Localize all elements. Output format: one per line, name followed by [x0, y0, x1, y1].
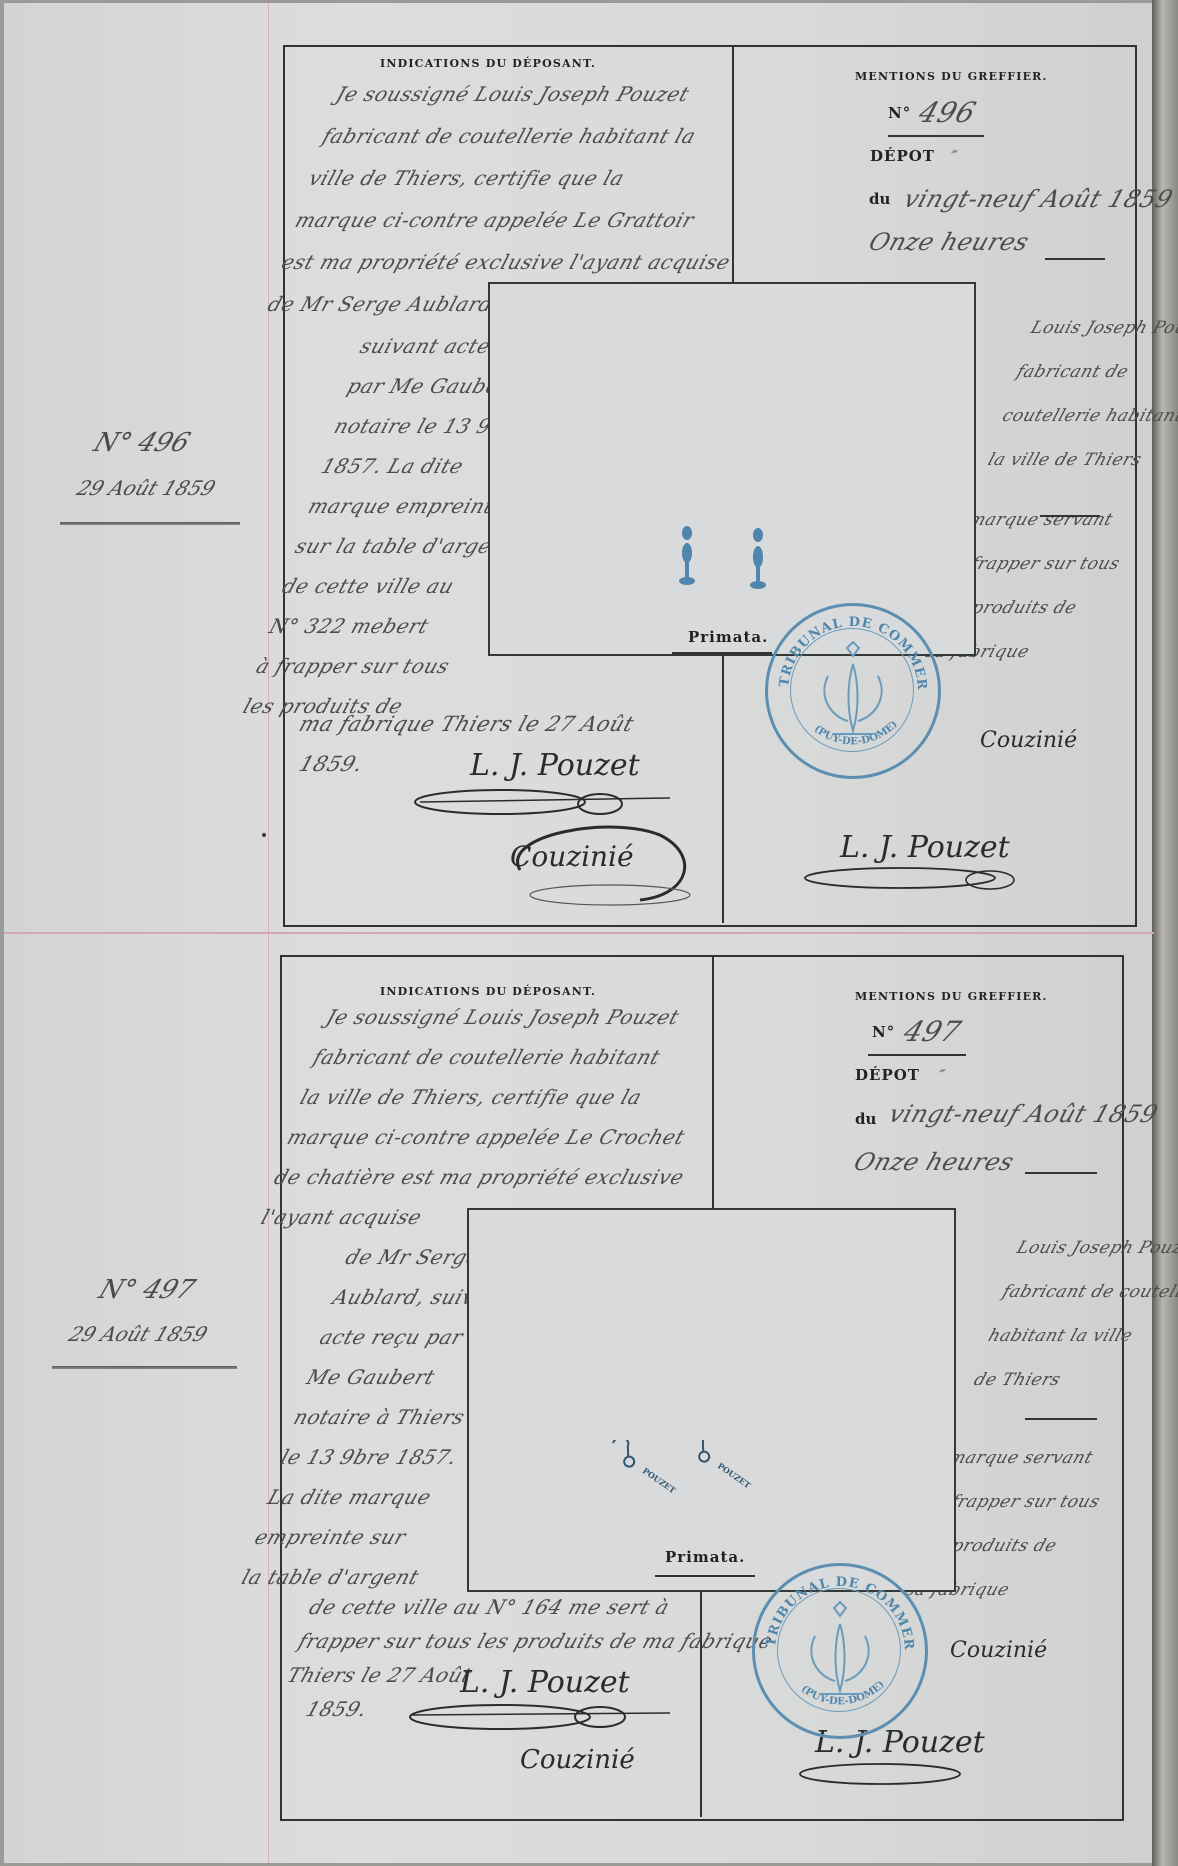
greffier-signature-flourish [790, 860, 1050, 900]
hook-mark-icon: POUZET POUZET [610, 1440, 760, 1510]
numero-label: N° [888, 104, 911, 122]
depot-date: vingt-neuf Août 1859 [885, 1100, 1161, 1128]
candlestick-mark-icon [675, 525, 775, 595]
clerk-signature: Couzinié [520, 1745, 635, 1775]
margin-entry-date: 29 Août 1859 [74, 476, 219, 500]
signature-flourish [400, 1695, 680, 1745]
margin-entry-number: N° 496 [90, 428, 195, 458]
margin-entry-number: N° 497 [95, 1275, 200, 1305]
notes-rule [1040, 515, 1100, 517]
deposant-heading: INDICATIONS DU DÉPOSANT. [380, 985, 596, 998]
greffier-heading: MENTIONS DU GREFFIER. [855, 70, 1048, 83]
notes-rule [1025, 1418, 1097, 1420]
deposant-year: 1859. [296, 752, 366, 776]
eagle-emblem-icon: TRIBUNAL DE COMMERCE DE THIERS (PUY-DE-D… [755, 1566, 925, 1736]
hour-rule [1025, 1172, 1097, 1174]
numero-value: 497 [900, 1015, 966, 1048]
du-label: du [869, 190, 890, 208]
depot-hour: Onze heures [850, 1148, 1017, 1176]
eagle-emblem-icon: TRIBUNAL DE COMMERCE DE THIERS (PUY-DE-D… [768, 606, 938, 776]
book-edge [1152, 0, 1178, 1866]
depositor-signature: L. J. Pouzet [470, 748, 640, 783]
svg-text:POUZET: POUZET [641, 1465, 678, 1495]
greffier-heading: MENTIONS DU GREFFIER. [855, 990, 1048, 1003]
svg-text:POUZET: POUZET [716, 1460, 753, 1490]
clerk-flourish [490, 815, 710, 915]
depot-label: DÉPOT [870, 147, 935, 165]
deposant-heading: INDICATIONS DU DÉPOSANT. [380, 57, 596, 70]
depot-label: DÉPOT [855, 1066, 920, 1084]
margin-underline [60, 522, 240, 525]
mark-caption: Primata. [665, 1548, 745, 1566]
numero-underline [868, 1054, 966, 1056]
greffier-signature-flourish [790, 1758, 1010, 1798]
mark-caption: Primata. [688, 628, 768, 646]
mark-imprint-box [467, 1208, 956, 1592]
depot-hour: Onze heures [865, 228, 1032, 256]
depot-date: vingt-neuf Août 1859 [900, 185, 1176, 213]
hour-rule [1045, 258, 1105, 260]
numero-value: 496 [915, 96, 981, 129]
margin-entry-date: 29 Août 1859 [66, 1322, 211, 1346]
mark-imprint-box [488, 282, 976, 656]
tribunal-stamp: TRIBUNAL DE COMMERCE DE THIERS (PUY-DE-D… [752, 1563, 928, 1739]
column-divider-bottom [722, 655, 724, 923]
du-label: du [855, 1110, 876, 1128]
entry-separator-line [4, 932, 1154, 934]
deposant-closing-line: ma fabrique Thiers le 27 Août [296, 712, 637, 736]
tribunal-stamp: TRIBUNAL DE COMMERCE DE THIERS (PUY-DE-D… [765, 603, 941, 779]
caption-underline [672, 652, 772, 654]
margin-underline [52, 1366, 237, 1369]
greffier-clerk-signature: Couzinié [950, 1638, 1047, 1663]
caption-underline [655, 1575, 755, 1577]
numero-underline [888, 135, 984, 137]
greffier-clerk-signature: Couzinié [980, 728, 1077, 753]
ink-spot [262, 833, 266, 837]
numero-label: N° [872, 1023, 895, 1041]
